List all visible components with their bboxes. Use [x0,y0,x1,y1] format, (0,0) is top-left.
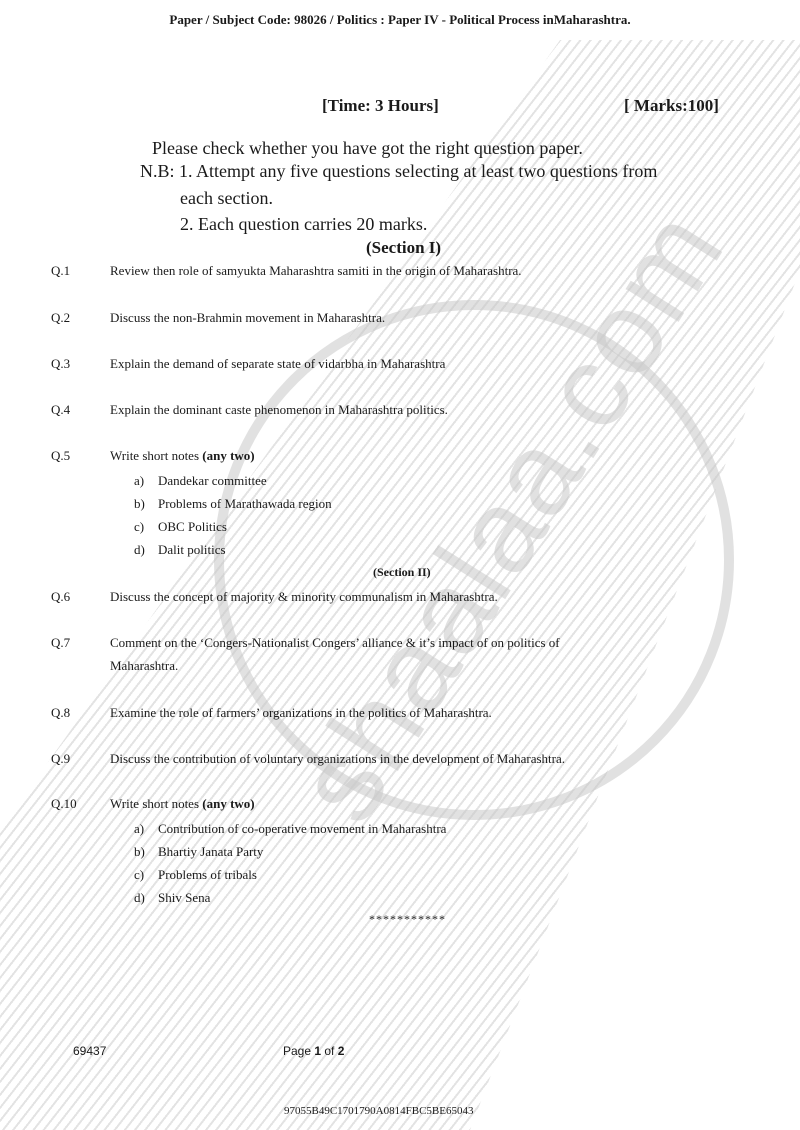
question-text: Write short notes (any two) [110,448,255,464]
question-text: Discuss the concept of majority & minori… [110,589,498,605]
sub-option-label: d) [134,890,158,906]
question-text-main: Write short notes [110,796,202,811]
sub-option-label: c) [134,519,158,535]
sub-option: d)Shiv Sena [134,890,210,906]
question-text-bold: (any two) [202,448,254,463]
sub-option-label: c) [134,867,158,883]
paper-hash: 97055B49C1701790A0814FBC5BE65043 [284,1105,473,1117]
instruction-nb-1-continued: each section. [180,188,273,209]
sub-option-text: Bhartiy Janata Party [158,844,263,859]
section-1-title: (Section I) [366,238,441,258]
sub-option-label: b) [134,844,158,860]
question-number: Q.5 [51,448,70,464]
sub-option: d)Dalit politics [134,542,226,558]
sub-option: c)Problems of tribals [134,867,257,883]
sub-option-text: Dalit politics [158,542,226,557]
question-number: Q.10 [51,796,77,812]
question-text: Write short notes (any two) [110,796,255,812]
sub-option: b)Bhartiy Janata Party [134,844,263,860]
sub-option-label: a) [134,473,158,489]
sub-option-text: Dandekar committee [158,473,267,488]
sub-option-text: Problems of tribals [158,867,257,882]
page-indicator: Page 1 of 2 [283,1044,344,1058]
question-number: Q.9 [51,751,70,767]
question-number: Q.3 [51,356,70,372]
question-text: Review then role of samyukta Maharashtra… [110,263,522,279]
sub-option: b)Problems of Marathawada region [134,496,332,512]
question-number: Q.7 [51,635,70,651]
question-text-bold: (any two) [202,796,254,811]
question-number: Q.6 [51,589,70,605]
exam-marks: [ Marks:100] [624,96,719,116]
section-2-title: (Section II) [373,565,431,580]
sub-option: c)OBC Politics [134,519,227,535]
question-number: Q.8 [51,705,70,721]
sub-option-text: Contribution of co-operative movement in… [158,821,446,836]
sub-option-label: a) [134,821,158,837]
question-text: Explain the demand of separate state of … [110,356,445,372]
page-total: 2 [338,1044,345,1058]
page-prefix: Page [283,1044,314,1058]
question-text: Examine the role of farmers’ organizatio… [110,705,492,721]
sub-option: a)Dandekar committee [134,473,267,489]
paper-id: 69437 [73,1044,106,1058]
sub-option-text: Problems of Marathawada region [158,496,332,511]
sub-option-text: Shiv Sena [158,890,210,905]
question-number: Q.2 [51,310,70,326]
instruction-check: Please check whether you have got the ri… [152,138,583,159]
question-text: Discuss the non-Brahmin movement in Maha… [110,310,385,326]
page-of: of [321,1044,338,1058]
question-text-main: Write short notes [110,448,202,463]
exam-time: [Time: 3 Hours] [322,96,439,116]
question-text: Discuss the contribution of voluntary or… [110,751,565,767]
sub-option-label: b) [134,496,158,512]
instruction-nb-1: N.B: 1. Attempt any five questions selec… [140,161,657,182]
question-text: Comment on the ‘Congers-Nationalist Cong… [110,635,560,651]
paper-header-title: Paper / Subject Code: 98026 / Politics :… [0,12,800,28]
question-number: Q.1 [51,263,70,279]
sub-option: a)Contribution of co-operative movement … [134,821,446,837]
question-text: Explain the dominant caste phenomenon in… [110,402,448,418]
question-text-continued: Maharashtra. [110,658,178,674]
sub-option-text: OBC Politics [158,519,227,534]
sub-option-label: d) [134,542,158,558]
instruction-nb-2: 2. Each question carries 20 marks. [180,214,427,235]
end-marker: *********** [369,912,446,927]
question-number: Q.4 [51,402,70,418]
